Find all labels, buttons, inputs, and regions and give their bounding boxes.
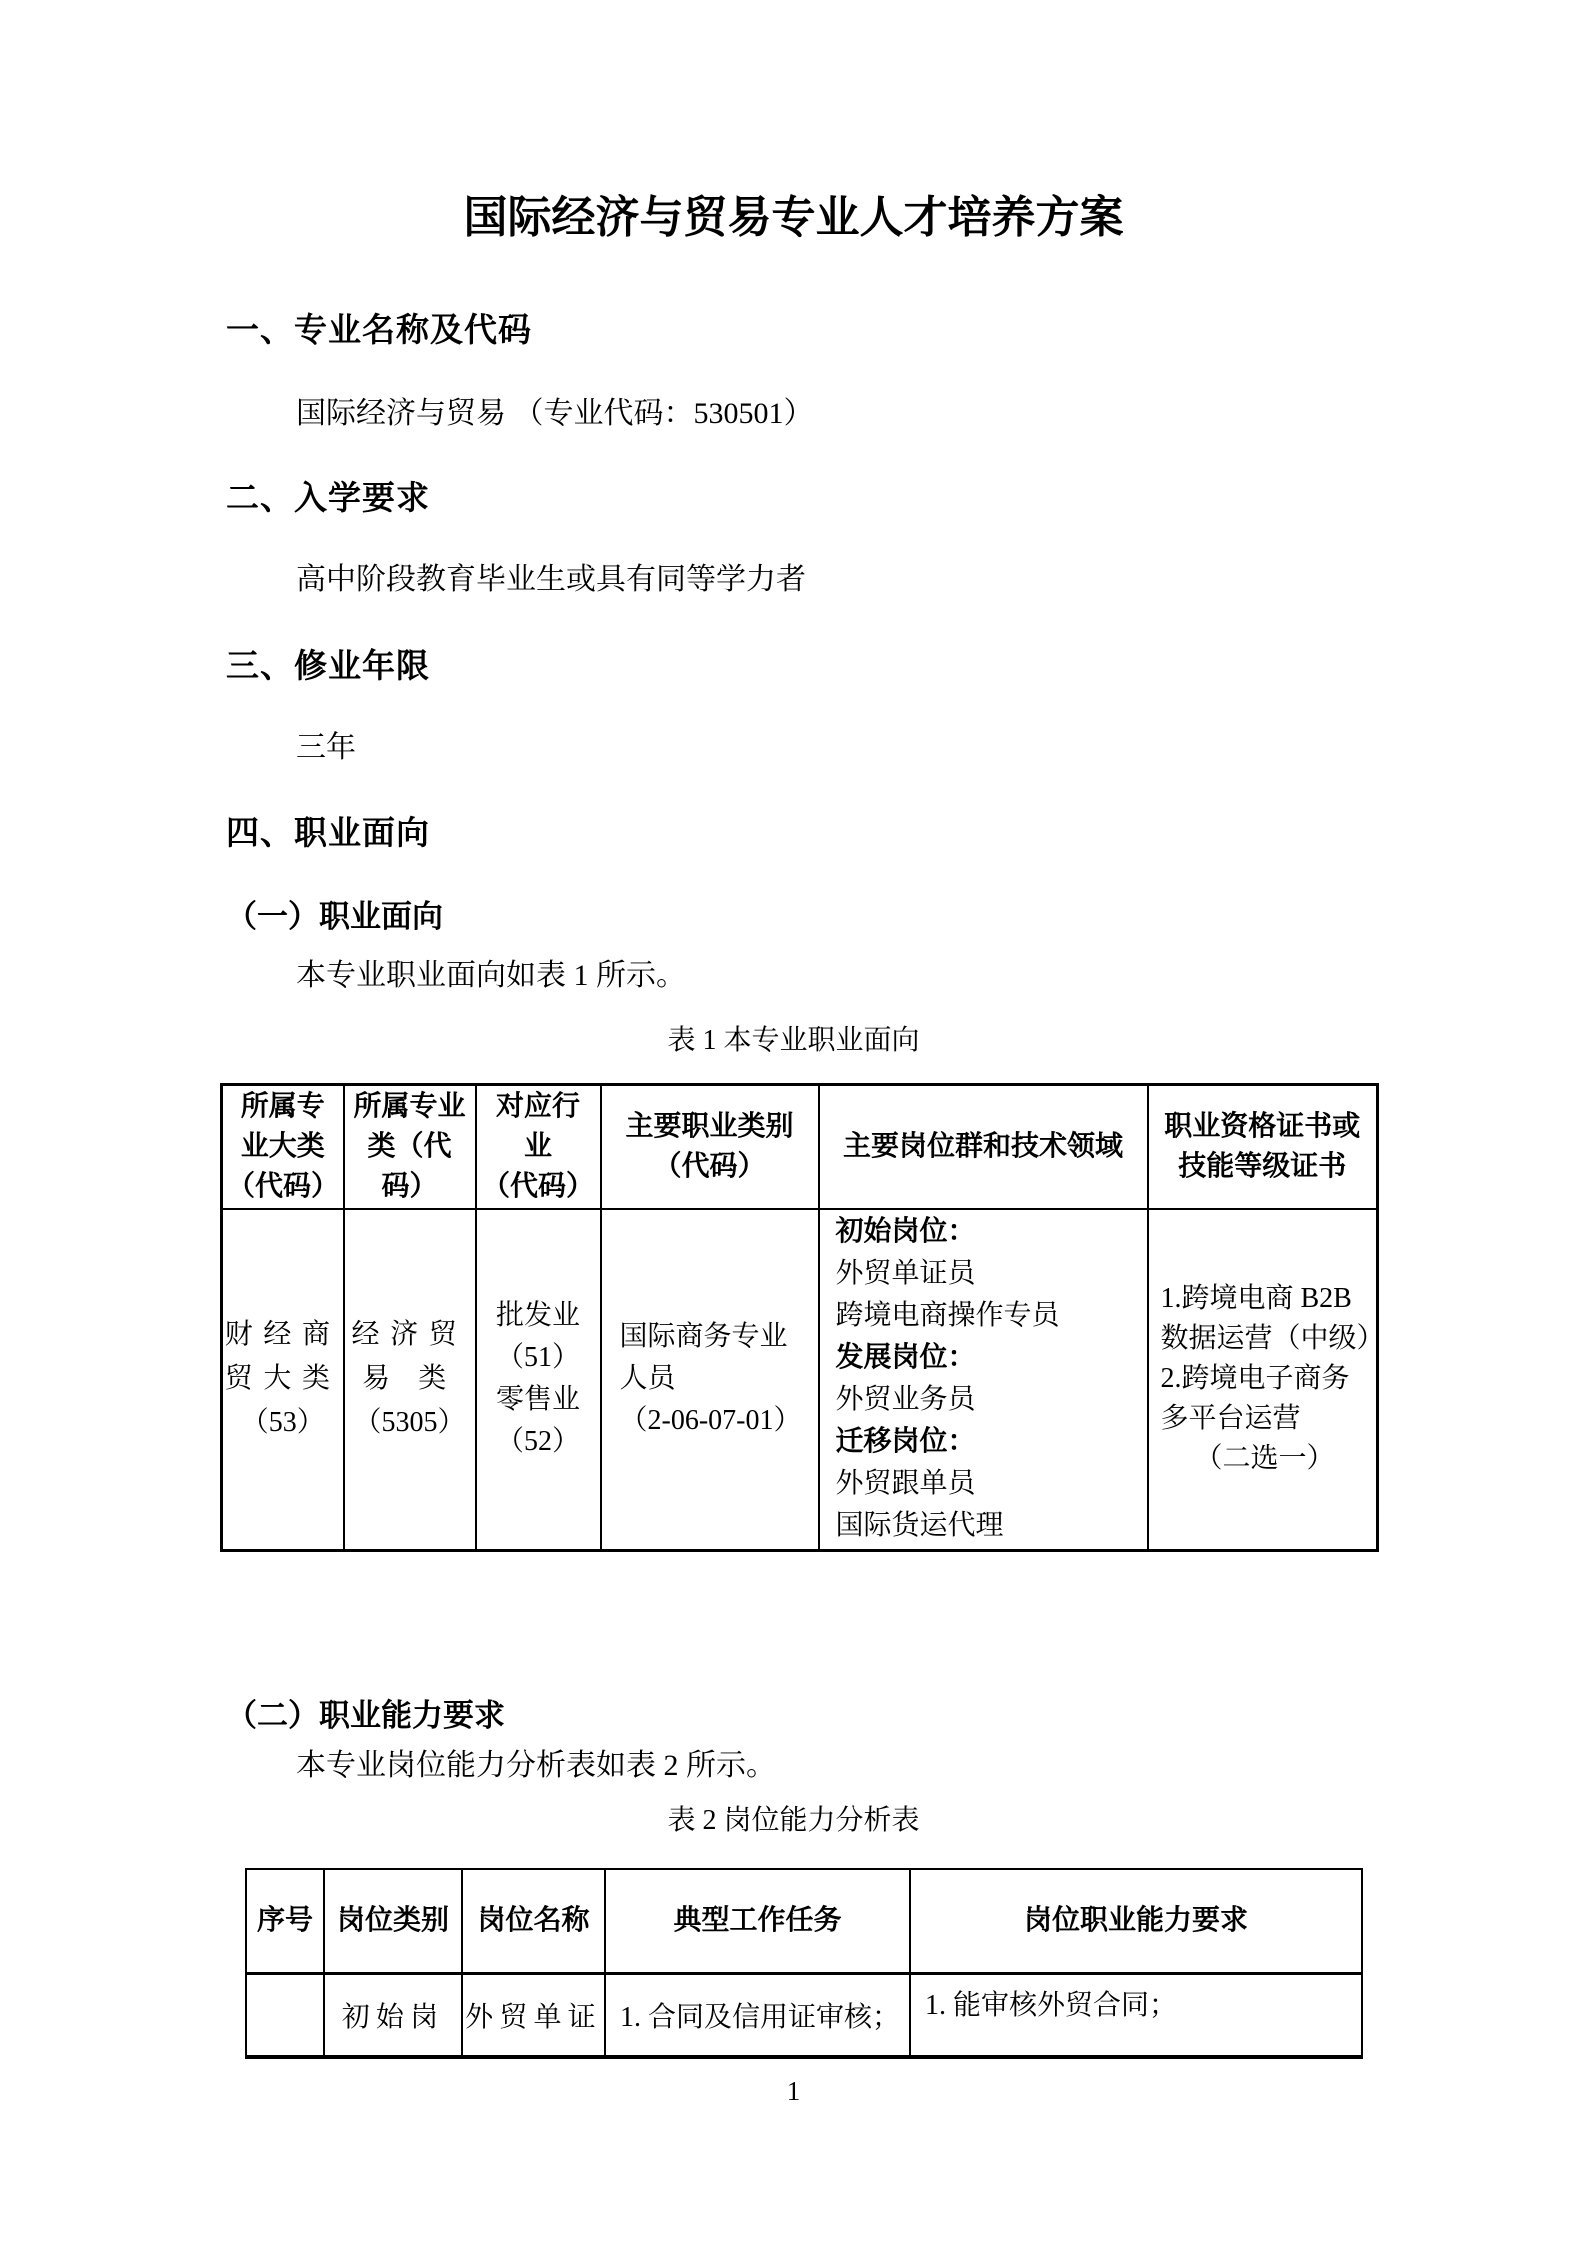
subsection-heading-1: （一）职业面向	[226, 898, 443, 936]
table1-header-industry: 对应行 业 （代码）	[476, 1085, 601, 1209]
cell-certificates: 1.跨境电商 B2B 数据运营（中级） 2.跨境电子商务 多平台运营 （二选一）	[1148, 1209, 1378, 1551]
section-heading-1: 一、专业名称及代码	[226, 310, 532, 350]
section-body-1: 国际经济与贸易 （专业代码：530501）	[296, 396, 814, 432]
table2-caption: 表 2 岗位能力分析表	[0, 1804, 1587, 1838]
subsection-heading-2: （二）职业能力要求	[226, 1697, 505, 1735]
table2-header-name: 岗位名称	[462, 1869, 605, 1973]
table2-header-row: 序号 岗位类别 岗位名称 典型工作任务 岗位职业能力要求	[246, 1869, 1362, 1973]
subsection-body-2: 本专业岗位能力分析表如表 2 所示。	[296, 1748, 776, 1784]
table1-header-positions: 主要岗位群和技术领域	[819, 1085, 1148, 1209]
subsection-body-1: 本专业职业面向如表 1 所示。	[296, 958, 686, 994]
table1-data-row: 财经商 贸大类 （53） 经济贸 易 类 （5305） 批发业 （51） 零售业…	[222, 1209, 1378, 1551]
section-heading-4: 四、职业面向	[226, 813, 430, 853]
table2-header-tasks: 典型工作任务	[605, 1869, 910, 1973]
table1-header-certificates: 职业资格证书或 技能等级证书	[1148, 1085, 1378, 1209]
section-body-2: 高中阶段教育毕业生或具有同等学力者	[296, 562, 806, 598]
section-body-3: 三年	[296, 730, 356, 766]
cell-post-category: 初始岗	[324, 1973, 462, 2057]
table2-header-abilities: 岗位职业能力要求	[910, 1869, 1362, 1973]
cell-positions: 初始岗位： 外贸单证员 跨境电商操作专员 发展岗位： 外贸业务员 迁移岗位： 外…	[819, 1209, 1148, 1551]
table2-header-category: 岗位类别	[324, 1869, 462, 1973]
cell-typical-tasks: 1. 合同及信用证审核；	[605, 1973, 910, 2057]
table1-caption: 表 1 本专业职业面向	[0, 1024, 1587, 1058]
cell-major-category: 财经商 贸大类 （53）	[222, 1209, 344, 1551]
table2-data-row: 初始岗 外贸单证 1. 合同及信用证审核； 1. 能审核外贸合同；	[246, 1973, 1362, 2057]
document-title: 国际经济与贸易专业人才培养方案	[0, 190, 1587, 246]
page-number: 1	[0, 2076, 1587, 2107]
document-page: 国际经济与贸易专业人才培养方案 一、专业名称及代码 国际经济与贸易 （专业代码：…	[0, 0, 1587, 2245]
cell-ability-requirements: 1. 能审核外贸合同；	[910, 1973, 1362, 2057]
cell-industry: 批发业 （51） 零售业 （52）	[476, 1209, 601, 1551]
table-career-orientation: 所属专 业大类 （代码） 所属专业 类（代码） 对应行 业 （代码） 主要职业类…	[220, 1083, 1379, 1552]
table1-header-occupation: 主要职业类别 （代码）	[601, 1085, 819, 1209]
table2-header-index: 序号	[246, 1869, 324, 1973]
table1-header-category: 所属专业 类（代码）	[344, 1085, 476, 1209]
section-heading-3: 三、修业年限	[226, 646, 430, 686]
cell-index	[246, 1973, 324, 2057]
table1-header-row: 所属专 业大类 （代码） 所属专业 类（代码） 对应行 业 （代码） 主要职业类…	[222, 1085, 1378, 1209]
section-heading-2: 二、入学要求	[226, 478, 430, 518]
cell-category: 经济贸 易 类 （5305）	[344, 1209, 476, 1551]
table-post-ability-analysis: 序号 岗位类别 岗位名称 典型工作任务 岗位职业能力要求 初始岗 外贸单证 1.…	[245, 1868, 1363, 2059]
cell-post-name: 外贸单证	[462, 1973, 605, 2057]
cell-occupation: 国际商务专业 人员 （2-06-07-01）	[601, 1209, 819, 1551]
table1-header-major-category: 所属专 业大类 （代码）	[222, 1085, 344, 1209]
